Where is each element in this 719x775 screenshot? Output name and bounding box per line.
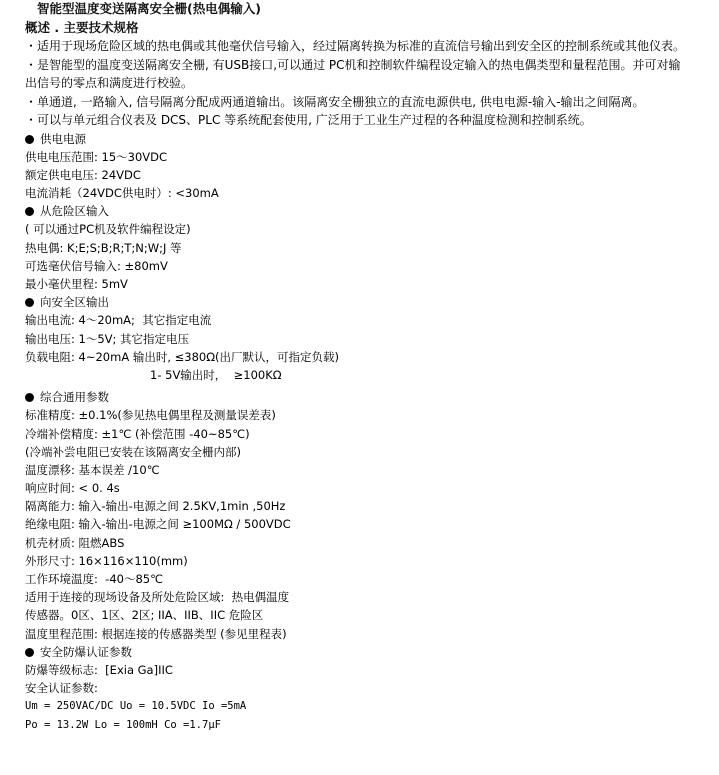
section-input: 从危险区输入 ( 可以通过PC机及软件编程设定) 热电偶: K;E;S;B;R;…: [25, 202, 719, 293]
safety-param-line: Um = 250VAC/DC Uo = 10.5VDC Io =5mA: [25, 697, 719, 715]
bullet-icon: [25, 393, 34, 402]
spec-line: 外形尺寸: 16×116×110(mm): [25, 552, 719, 570]
safety-param-line: Po = 13.2W Lo = 100mH Co =1.7μF: [25, 716, 719, 734]
intro-paragraph: ・是智能型的温度变送隔离安全栅, 有USB接口,可以通过 PC机和控制软件编程设…: [25, 56, 685, 93]
spec-line: 输出电压: 1～5V; 其它指定电压: [25, 330, 719, 348]
section-heading: 向安全区输出: [25, 293, 719, 311]
spec-line: 最小毫伏里程: 5mV: [25, 275, 719, 293]
section-output: 向安全区输出 输出电流: 4～20mA; 其它指定电流 输出电压: 1～5V; …: [25, 293, 719, 384]
document-subtitle: 概述 . 主要技术规格: [25, 18, 719, 37]
spec-line: 热电偶: K;E;S;B;R;T;N;W;J 等: [25, 239, 719, 257]
spec-line: ( 可以通过PC机及软件编程设定): [25, 220, 719, 238]
spec-line: 负载电阻: 4~20mA 输出时, ≤380Ω(出厂默认，可指定负载): [25, 348, 719, 366]
section-general: 综合通用参数 标准精度: ±0.1%(参见热电偶里程及测量误差表) 冷端补偿精度…: [25, 388, 719, 643]
intro-paragraph: ・适用于现场危险区域的热电偶或其他毫伏信号输入，经过隔离转换为标准的直流信号输出…: [25, 37, 685, 56]
spec-line: 工作环境温度: -40～85℃: [25, 570, 719, 588]
spec-line: 额定供电电压: 24VDC: [25, 166, 719, 184]
spec-line: 响应时间: < 0. 4s: [25, 479, 719, 497]
spec-line: 可选毫伏信号输入: ±80mV: [25, 257, 719, 275]
bullet-icon: [25, 207, 34, 216]
spec-line: 输出电流: 4～20mA; 其它指定电流: [25, 311, 719, 329]
spec-line: 供电电压范围: 15～30VDC: [25, 148, 719, 166]
section-heading: 安全防爆认证参数: [25, 643, 719, 661]
section-heading: 供电电源: [25, 130, 719, 148]
spec-line: 温度里程范围: 根据连接的传感器类型 (参见里程表): [25, 625, 719, 643]
spec-line: 防爆等级标志: [Exia Ga]IIC: [25, 661, 719, 679]
spec-line: 电流消耗（24VDC供电时）: <30mA: [25, 184, 719, 202]
spec-line: 温度漂移: 基本误差 /10℃: [25, 461, 719, 479]
spec-line: 机壳材质: 阻燃ABS: [25, 534, 719, 552]
intro-paragraph: ・单通道, 一路输入, 信号隔离分配成两通道输出。该隔离安全栅独立的直流电源供电…: [25, 93, 685, 112]
section-power: 供电电源 供电电压范围: 15～30VDC 额定供电电压: 24VDC 电流消耗…: [25, 130, 719, 203]
spec-line: 适用于连接的现场设备及所处危险区域: 热电偶温度: [25, 588, 719, 606]
spec-line: 传感器。0区、1区、2区; IIA、IIB、IIC 危险区: [25, 606, 719, 624]
section-heading: 从危险区输入: [25, 202, 719, 220]
spec-document: 智能型温度变送隔离安全栅(热电偶输入) 概述 . 主要技术规格 ・适用于现场危险…: [0, 0, 719, 734]
spec-line: 绝缘电阻: 输入-输出-电源之间 ≥100MΩ / 500VDC: [25, 515, 719, 533]
bullet-icon: [25, 298, 34, 307]
spec-line: 1- 5V输出时， ≥100KΩ: [25, 366, 719, 384]
spec-line: 安全认证参数:: [25, 679, 719, 697]
spec-line: 冷端补偿精度: ±1℃ (补偿范围 -40~85℃): [25, 425, 719, 443]
spec-line: 隔离能力: 输入-输出-电源之间 2.5KV,1min ,50Hz: [25, 497, 719, 515]
section-safety: 安全防爆认证参数 防爆等级标志: [Exia Ga]IIC 安全认证参数: Um…: [25, 643, 719, 734]
document-title: 智能型温度变送隔离安全栅(热电偶输入): [25, 0, 719, 18]
bullet-icon: [25, 135, 34, 144]
spec-line: (冷端补尝电阻已安装在该隔离安全栅内部): [25, 443, 719, 461]
intro-paragraph: ・可以与单元组合仪表及 DCS、PLC 等系统配套使用, 广泛用于工业生产过程的…: [25, 111, 685, 130]
section-heading: 综合通用参数: [25, 388, 719, 406]
bullet-icon: [25, 648, 34, 657]
spec-line: 标准精度: ±0.1%(参见热电偶里程及测量误差表): [25, 406, 719, 424]
